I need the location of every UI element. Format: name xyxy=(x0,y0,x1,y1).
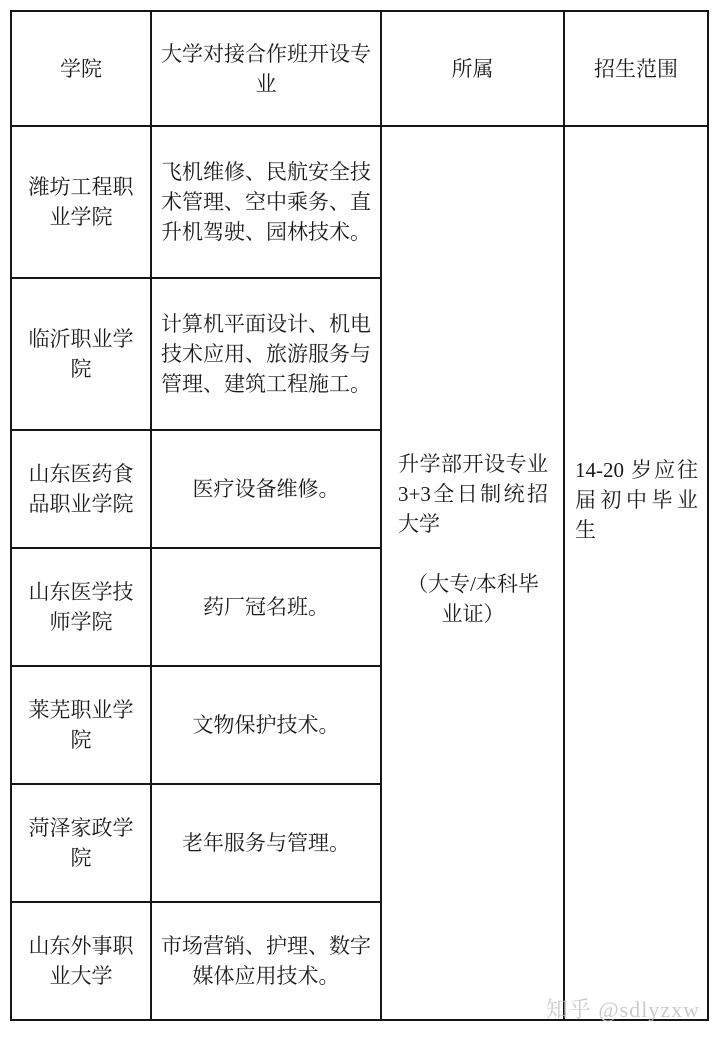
header-row: 学院 大学对接合作班开设专业 所属 招生范围 xyxy=(11,11,708,126)
header-college: 学院 xyxy=(11,11,151,126)
college-name: 山东医学技师学院 xyxy=(11,548,151,666)
header-scope: 招生范围 xyxy=(564,11,708,126)
majors-list: 老年服务与管理。 xyxy=(151,784,381,902)
affiliation-merged-cell: 升学部开设专业3+3全日制统招大学 （大专/本科毕业证） xyxy=(381,126,564,1020)
majors-list: 计算机平面设计、机电技术应用、旅游服务与管理、建筑工程施工。 xyxy=(151,278,381,430)
majors-list: 医疗设备维修。 xyxy=(151,430,381,548)
college-name: 山东医药食品职业学院 xyxy=(11,430,151,548)
majors-list: 飞机维修、民航安全技术管理、空中乘务、直升机驾驶、园林技术。 xyxy=(151,126,381,278)
header-affiliation: 所属 xyxy=(381,11,564,126)
majors-list: 药厂冠名班。 xyxy=(151,548,381,666)
affiliation-text: 升学部开设专业3+3全日制统招大学 xyxy=(398,449,548,539)
header-majors: 大学对接合作班开设专业 xyxy=(151,11,381,126)
admission-table: 学院 大学对接合作班开设专业 所属 招生范围 潍坊工程职业学院 飞机维修、民航安… xyxy=(10,10,709,1021)
college-name: 潍坊工程职业学院 xyxy=(11,126,151,278)
college-name: 临沂职业学院 xyxy=(11,278,151,430)
affiliation-note: （大专/本科毕业证） xyxy=(398,569,548,629)
college-name: 莱芜职业学院 xyxy=(11,666,151,784)
majors-list: 文物保护技术。 xyxy=(151,666,381,784)
table-row: 潍坊工程职业学院 飞机维修、民航安全技术管理、空中乘务、直升机驾驶、园林技术。 … xyxy=(11,126,708,278)
scope-merged-cell: 14-20 岁应往届初中毕业生 xyxy=(564,126,708,1020)
majors-list: 市场营销、护理、数字媒体应用技术。 xyxy=(151,902,381,1020)
college-name: 菏泽家政学院 xyxy=(11,784,151,902)
zhihu-watermark: 知乎 @sdlyzxw xyxy=(546,997,700,1023)
college-name: 山东外事职业大学 xyxy=(11,902,151,1020)
